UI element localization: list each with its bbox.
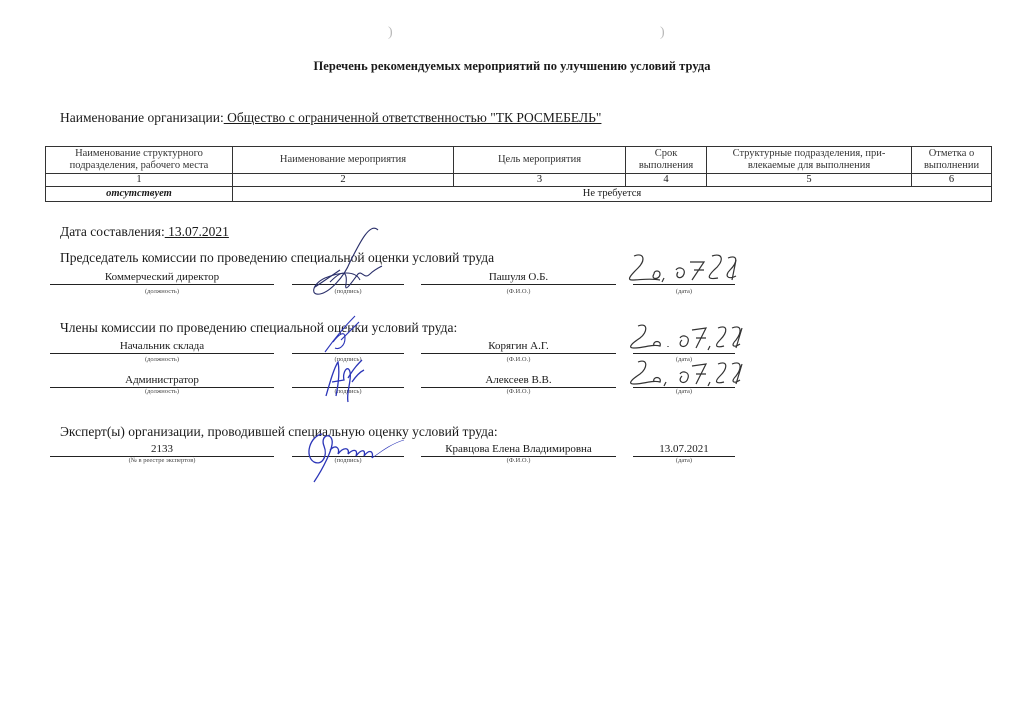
member-name: Алексеев В.В.	[421, 374, 616, 388]
expert-signature	[300, 426, 410, 486]
organization-label: Наименование организации:	[60, 110, 224, 125]
chairman-signature	[300, 222, 400, 302]
caption-name: (Ф.И.О.)	[421, 288, 616, 296]
header-measure: Наименование мероприятия	[233, 147, 454, 174]
column-number: 3	[454, 174, 626, 187]
compiled-label: Дата составления:	[60, 224, 165, 239]
column-number: 4	[626, 174, 707, 187]
member-position: Администратор	[50, 374, 274, 388]
measures-table: Наименование структурного подразделения,…	[45, 146, 992, 202]
header-completion-mark: Отметка о выполнении	[912, 147, 992, 174]
expert-registry-number: 2133	[50, 443, 274, 457]
caption-registry: (№ в реестре экспертов)	[50, 457, 274, 465]
chairman-position: Коммерческий директор	[50, 271, 274, 285]
caption-date: (дата)	[633, 457, 735, 465]
caption-name: (Ф.И.О.)	[421, 356, 616, 364]
organization-name: Общество с ограниченной ответственностью…	[224, 110, 602, 125]
document-title: Перечень рекомендуемых мероприятий по ул…	[0, 59, 1024, 74]
compiled-date: 13.07.2021	[165, 224, 229, 239]
caption-position: (должность)	[50, 356, 274, 364]
caption-position: (должность)	[50, 388, 274, 396]
caption-date: (дата)	[633, 288, 735, 296]
expert-name: Кравцова Елена Владимировна	[421, 443, 616, 457]
column-number: 6	[912, 174, 992, 187]
table-number-row: 1 2 3 4 5 6	[46, 174, 992, 187]
column-number: 1	[46, 174, 233, 187]
member-signature	[318, 352, 368, 408]
column-number: 5	[707, 174, 912, 187]
chairman-name: Пашуля О.Б.	[421, 271, 616, 285]
chairman-heading: Председатель комиссии по проведению спец…	[60, 250, 494, 266]
table-header-row: Наименование структурного подразделения,…	[46, 147, 992, 174]
table-row: отсутствует Не требуется	[46, 187, 992, 202]
caption-name: (Ф.И.О.)	[421, 388, 616, 396]
column-number: 2	[233, 174, 454, 187]
unit-cell: отсутствует	[46, 187, 233, 202]
scan-mark: )	[388, 25, 393, 41]
organization-line: Наименование организации: Общество с огр…	[60, 110, 601, 126]
caption-name: (Ф.И.О.)	[421, 457, 616, 465]
member-handwritten-date	[620, 354, 760, 390]
header-unit: Наименование структурного подразделения,…	[46, 147, 233, 174]
expert-heading: Эксперт(ы) организации, проводившей спец…	[60, 424, 498, 440]
header-departments: Структурные подразделения, при-влекаемые…	[707, 147, 912, 174]
header-goal: Цель мероприятия	[454, 147, 626, 174]
member-position: Начальник склада	[50, 340, 274, 354]
expert-date: 13.07.2021	[633, 443, 735, 457]
note-cell: Не требуется	[233, 187, 992, 202]
members-heading: Члены комиссии по проведению специальной…	[60, 320, 457, 336]
scan-mark: )	[660, 25, 665, 41]
member-handwritten-date	[620, 318, 760, 354]
member-name: Корягин А.Г.	[421, 340, 616, 354]
compiled-date-line: Дата составления: 13.07.2021	[60, 224, 229, 240]
chairman-handwritten-date	[620, 250, 760, 286]
caption-position: (должность)	[50, 288, 274, 296]
header-deadline: Срок выполнения	[626, 147, 707, 174]
